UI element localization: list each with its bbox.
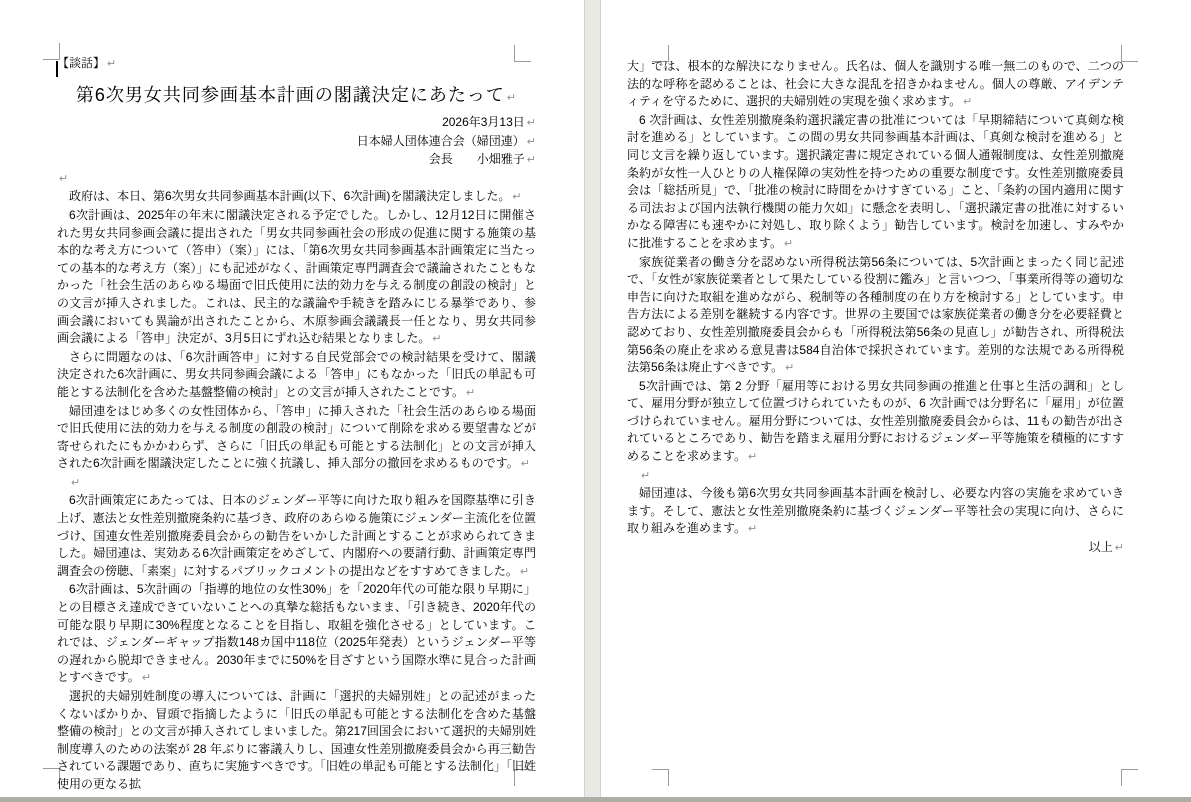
paragraph[interactable]: 政府は、本日、第6次男女共同参画基本計画(以下、6次計画)を閣議決定しました。↵ [57,188,536,207]
return-mark: ↵ [507,92,517,104]
return-mark: ↵ [785,362,794,374]
doc-label: 【談話】 [57,56,105,70]
closing-line[interactable]: 以上↵ [627,539,1124,558]
page-2: 大」では、根本的な解決になりません。氏名は、個人を識別する唯一無二のもので、二つ… [627,58,1124,558]
paragraph[interactable]: 6次計画策定にあたっては、日本のジェンダー平等に向けた取り組みを国際基準に引き上… [57,492,536,581]
paragraph[interactable]: 6次計画は、2025年の年末に閣議決定される予定でした。しかし、12月12日に開… [57,207,536,349]
doc-label-line[interactable]: 【談話】↵ [57,54,536,73]
paragraph-text: 5次計画では、第 2 分野「雇用等における男女共同参画の推進と仕事と生活の調和」… [627,379,1124,463]
paragraph[interactable]: 6 次計画は、女性差別撤廃条約選択議定書の批准については「早期締結について真剣な… [627,112,1124,254]
blank-line[interactable]: ↵ [57,474,536,493]
scroll-area-bottom [0,797,1191,802]
paragraph[interactable]: 婦団連は、今後も第6次男女共同参画基本計画を検討し、必要な内容の実施を求めていき… [627,485,1124,539]
return-mark: ↵ [641,470,650,482]
paragraph-text: 選択的夫婦別姓制度の導入については、計画に「選択的夫婦別姓」との記述がまったくな… [57,689,536,791]
document-title[interactable]: 第6次男女共同参画基本計画の閣議決定にあたって↵ [57,82,536,111]
paragraph-text: 婦団連は、今後も第6次男女共同参画基本計画を検討し、必要な内容の実施を求めていき… [627,486,1124,535]
author-text: 会長 小畑雅子 [429,152,525,166]
blank-line[interactable]: ↵ [57,170,536,189]
closing-text: 以上 [1089,540,1113,554]
return-mark: ↵ [748,523,757,535]
return-mark: ↵ [527,136,536,148]
return-mark: ↵ [512,191,521,203]
crop-mark-page2-bottom-right [1121,769,1138,786]
return-mark: ↵ [527,154,536,166]
blank-line[interactable]: ↵ [627,467,1124,486]
paragraph-text: 6次計画は、5次計画の「指導的地位の女性30%」を「2020年代の可能な限り早期… [57,582,536,684]
return-mark: ↵ [963,96,972,108]
paragraph[interactable]: 5次計画では、第 2 分野「雇用等における男女共同参画の推進と仕事と生活の調和」… [627,378,1124,467]
paragraph-text: 6次計画策定にあたっては、日本のジェンダー平等に向けた取り組みを国際基準に引き上… [57,493,536,577]
paragraph[interactable]: 家族従業者の働き分を認めない所得税法第56条については、5次計画とまったく同じ記… [627,254,1124,378]
return-mark: ↵ [142,672,151,684]
return-mark: ↵ [59,173,68,185]
return-mark: ↵ [1115,542,1124,554]
paragraph[interactable]: 大」では、根本的な解決になりません。氏名は、個人を識別する唯一無二のもので、二つ… [627,58,1124,112]
document-title-text: 第6次男女共同参画基本計画の閣議決定にあたって [76,85,505,105]
crop-mark-page2-bottom-left [652,769,669,786]
return-mark: ↵ [466,387,475,399]
paragraph[interactable]: 6次計画は、5次計画の「指導的地位の女性30%」を「2020年代の可能な限り早期… [57,581,536,688]
paragraph-text: さらに問題なのは、「6次計画答申」に対する自民党部会での検討結果を受けて、閣議決… [57,350,536,399]
return-mark: ↵ [432,333,441,345]
paragraph[interactable]: 婦団連をはじめ多くの女性団体から、「答申」に挿入された「社会生活のあらゆる場面で… [57,403,536,474]
date-text: 2026年3月13日 [442,115,525,129]
return-mark: ↵ [784,238,793,250]
return-mark: ↵ [527,117,536,129]
organization-text: 日本婦人団体連合会（婦団連） [357,134,525,148]
date-line[interactable]: 2026年3月13日↵ [57,114,536,133]
return-mark: ↵ [748,451,757,463]
return-mark: ↵ [521,458,530,470]
page-1: 【談話】↵ 第6次男女共同参画基本計画の閣議決定にあたって↵ 2026年3月13… [57,54,536,794]
paragraph-text: 婦団連をはじめ多くの女性団体から、「答申」に挿入された「社会生活のあらゆる場面で… [57,404,536,471]
document-canvas: 【談話】↵ 第6次男女共同参画基本計画の閣議決定にあたって↵ 2026年3月13… [0,0,1191,802]
paragraph-text: 家族従業者の働き分を認めない所得税法第56条については、5次計画とまったく同じ記… [627,255,1124,375]
paragraph[interactable]: さらに問題なのは、「6次計画答申」に対する自民党部会での検討結果を受けて、閣議決… [57,349,536,403]
page-gap [584,0,601,797]
return-mark: ↵ [520,566,529,578]
paragraph-text: 6次計画は、2025年の年末に閣議決定される予定でした。しかし、12月12日に開… [57,208,536,345]
return-mark: ↵ [71,477,80,489]
organization-line[interactable]: 日本婦人団体連合会（婦団連）↵ [57,133,536,152]
paragraph[interactable]: 選択的夫婦別姓制度の導入については、計画に「選択的夫婦別姓」との記述がまったくな… [57,688,536,794]
paragraph-text: 政府は、本日、第6次男女共同参画基本計画(以下、6次計画)を閣議決定しました。 [69,189,510,203]
paragraph-text: 大」では、根本的な解決になりません。氏名は、個人を識別する唯一無二のもので、二つ… [627,59,1124,108]
paragraph-text: 6 次計画は、女性差別撤廃条約選択議定書の批准については「早期締結について真剣な… [627,113,1124,250]
return-mark: ↵ [107,58,116,70]
author-line[interactable]: 会長 小畑雅子↵ [57,151,536,170]
